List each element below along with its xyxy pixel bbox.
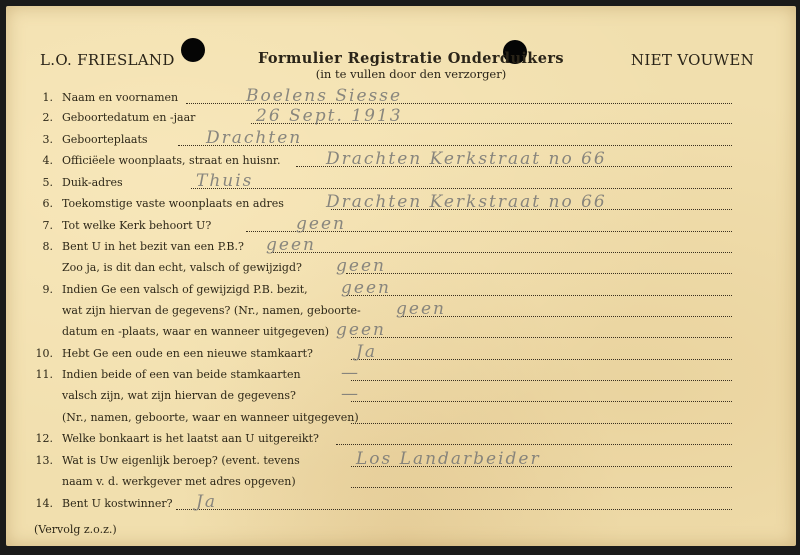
row-number: 5. xyxy=(6,176,53,189)
dotted-answer-line xyxy=(346,295,732,296)
row-number: 13. xyxy=(6,454,53,467)
dotted-answer-line xyxy=(176,509,732,510)
handwritten-answer: geen xyxy=(341,278,391,298)
row-number: 8. xyxy=(6,240,53,253)
handwritten-answer: geen xyxy=(336,320,386,340)
field-label: Tot welke Kerk behoort U? xyxy=(62,219,211,232)
field-label: (Nr., namen, geboorte, waar en wanneer u… xyxy=(62,411,359,424)
dotted-answer-line xyxy=(351,359,732,360)
form-row: 13.Wat is Uw eigenlijk beroep? (event. t… xyxy=(6,451,796,472)
dotted-answer-line xyxy=(351,401,732,402)
do-not-fold-label: NIET VOUWEN xyxy=(631,51,754,69)
form-row: datum en -plaats, waar en wanneer uitgeg… xyxy=(6,322,796,343)
handwritten-answer: — xyxy=(341,363,360,383)
field-label: Indien beide of een van beide stamkaarte… xyxy=(62,368,301,381)
field-label: datum en -plaats, waar en wanneer uitgeg… xyxy=(62,325,329,338)
form-row: 6.Toekomstige vaste woonplaats en adresD… xyxy=(6,194,796,215)
handwritten-answer: 26 Sept. 1913 xyxy=(256,106,403,126)
row-number: 4. xyxy=(6,154,53,167)
dotted-answer-line xyxy=(351,487,732,488)
registration-form-card: L.O. FRIESLAND Formulier Registratie Ond… xyxy=(6,6,796,546)
form-row: wat zijn hiervan de gegevens? (Nr., name… xyxy=(6,301,796,322)
field-label: Hebt Ge een oude en een nieuwe stamkaart… xyxy=(62,347,313,360)
field-label: Geboorteplaats xyxy=(62,133,148,146)
dotted-answer-line xyxy=(351,337,732,338)
form-row: 5.Duik-adresThuis xyxy=(6,173,796,194)
handwritten-answer: Drachten Kerkstraat no 66 xyxy=(326,149,607,169)
form-row: 14.Bent U kostwinner?Ja xyxy=(6,494,796,515)
field-label: Naam en voornamen xyxy=(62,91,178,104)
handwritten-answer: — xyxy=(341,384,360,404)
form-row: Zoo ja, is dit dan echt, valsch of gewij… xyxy=(6,258,796,279)
row-number: 12. xyxy=(6,432,53,445)
form-row: naam v. d. werkgever met adres opgeven) xyxy=(6,472,796,493)
dotted-answer-line xyxy=(336,444,732,445)
continued-overleaf-note: (Vervolg z.o.z.) xyxy=(34,523,117,536)
field-label: wat zijn hiervan de gegevens? (Nr., name… xyxy=(62,304,361,317)
dotted-answer-line xyxy=(401,316,732,317)
form-row: 12.Welke bonkaart is het laatst aan U ui… xyxy=(6,429,796,450)
field-label: Bent U in het bezit van een P.B.? xyxy=(62,240,244,253)
form-row: 4.Officiëele woonplaats, straat en huisn… xyxy=(6,151,796,172)
form-row: 9.Indien Ge een valsch of gewijzigd P.B.… xyxy=(6,280,796,301)
form-row: valsch zijn, wat zijn hiervan de gegeven… xyxy=(6,386,796,407)
handwritten-answer: Drachten xyxy=(206,128,302,148)
form-row: 10.Hebt Ge een oude en een nieuwe stamka… xyxy=(6,344,796,365)
form-row: 8.Bent U in het bezit van een P.B.?geen xyxy=(6,237,796,258)
field-label: Wat is Uw eigenlijk beroep? (event. teve… xyxy=(62,454,300,467)
field-label: Zoo ja, is dit dan echt, valsch of gewij… xyxy=(62,261,302,274)
field-label: Toekomstige vaste woonplaats en adres xyxy=(62,197,284,210)
dotted-answer-line xyxy=(351,380,732,381)
row-number: 11. xyxy=(6,368,53,381)
form-subtitle: (in te vullen door den verzorger) xyxy=(6,67,796,81)
field-label: valsch zijn, wat zijn hiervan de gegeven… xyxy=(62,389,296,402)
field-label: Officiëele woonplaats, straat en huisnr. xyxy=(62,154,280,167)
row-number: 14. xyxy=(6,497,53,510)
field-label: Bent U kostwinner? xyxy=(62,497,172,510)
handwritten-answer: Ja xyxy=(196,492,217,512)
row-number: 6. xyxy=(6,197,53,210)
handwritten-answer: geen xyxy=(296,214,346,234)
row-number: 9. xyxy=(6,283,53,296)
handwritten-answer: Thuis xyxy=(196,171,253,191)
field-label: Geboortedatum en -jaar xyxy=(62,111,195,124)
handwritten-answer: Boelens Siesse xyxy=(246,86,402,106)
row-number: 7. xyxy=(6,219,53,232)
form-row: (Nr., namen, geboorte, waar en wanneer u… xyxy=(6,408,796,429)
handwritten-answer: geen xyxy=(336,256,386,276)
handwritten-answer: geen xyxy=(396,299,446,319)
row-number: 3. xyxy=(6,133,53,146)
handwritten-answer: Ja xyxy=(356,342,377,362)
field-label: Indien Ge een valsch of gewijzigd P.B. b… xyxy=(62,283,308,296)
dotted-answer-line xyxy=(346,273,732,274)
dotted-answer-line xyxy=(271,252,732,253)
form-row: 3.GeboorteplaatsDrachten xyxy=(6,130,796,151)
row-number: 2. xyxy=(6,111,53,124)
row-number: 1. xyxy=(6,91,53,104)
field-label: Welke bonkaart is het laatst aan U uitge… xyxy=(62,432,319,445)
field-label: naam v. d. werkgever met adres opgeven) xyxy=(62,475,296,488)
handwritten-answer: Drachten Kerkstraat no 66 xyxy=(326,192,607,212)
form-row: 11.Indien beide of een van beide stamkaa… xyxy=(6,365,796,386)
field-label: Duik-adres xyxy=(62,176,123,189)
dotted-answer-line xyxy=(191,188,732,189)
handwritten-answer: Los Landarbeider xyxy=(356,449,541,469)
dotted-answer-line xyxy=(351,423,732,424)
handwritten-answer: geen xyxy=(266,235,316,255)
row-number: 10. xyxy=(6,347,53,360)
form-row: 7.Tot welke Kerk behoort U?geen xyxy=(6,216,796,237)
form-row: 2.Geboortedatum en -jaar26 Sept. 1913 xyxy=(6,108,796,129)
